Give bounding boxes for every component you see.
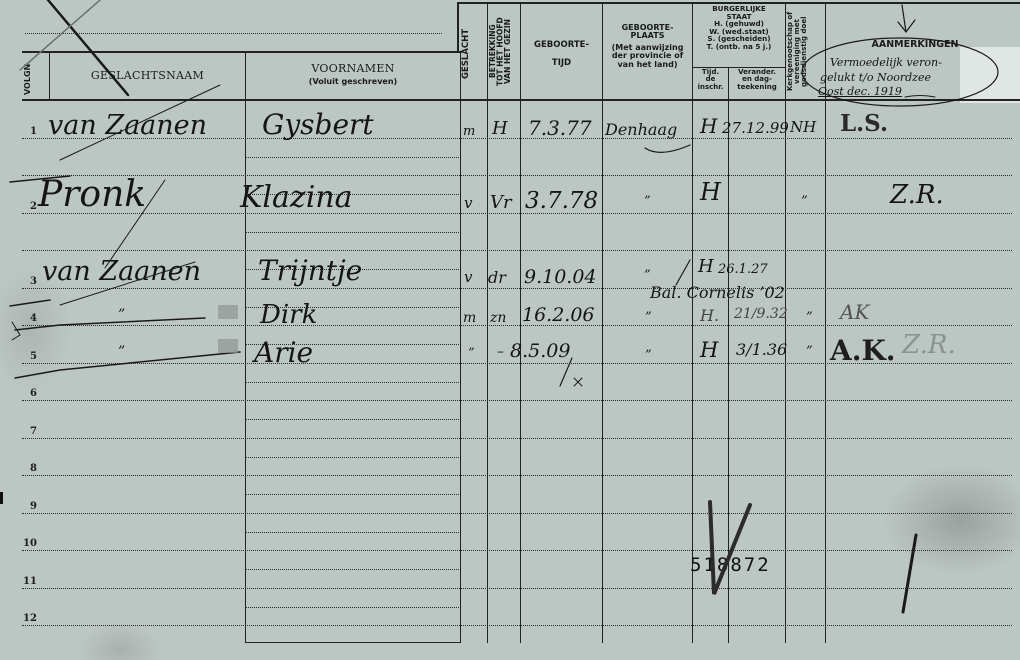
header-aanmerkingen: AANMERKINGEN bbox=[830, 40, 1000, 50]
stamp-ak: A.K. bbox=[830, 334, 896, 367]
denomination: ” bbox=[801, 194, 808, 209]
row-number: 11 bbox=[23, 576, 37, 587]
header-voornamen: VOORNAMEN bbox=[246, 63, 460, 75]
surname-ditto: ” bbox=[118, 307, 125, 323]
remark-line-1: Vermoedelijk veron- bbox=[830, 56, 942, 69]
sex: m bbox=[463, 124, 475, 139]
sex: m bbox=[463, 310, 476, 326]
top-dotted-line bbox=[25, 33, 442, 34]
sex: v bbox=[464, 268, 472, 286]
sex: v bbox=[464, 194, 472, 212]
row-number: 4 bbox=[30, 313, 37, 324]
civil-status: H bbox=[700, 178, 721, 206]
denomination: ” bbox=[806, 310, 813, 325]
col-rule-aanmerkingen bbox=[825, 2, 826, 643]
civil-status: H. bbox=[700, 306, 719, 325]
header-bottom-rule bbox=[22, 99, 1020, 101]
col-rule-betrekking bbox=[487, 2, 488, 643]
header-geslacht: GESLACHT bbox=[462, 10, 484, 98]
given-name: Gysbert bbox=[262, 108, 374, 141]
birth-place: Denhaag bbox=[605, 120, 677, 139]
status-change-date: 3/1.36 bbox=[736, 340, 787, 359]
header-geslachtsnaam: GESLACHTSNAAM bbox=[50, 70, 245, 82]
birth-place: ” bbox=[644, 268, 651, 283]
row-number: 7 bbox=[30, 426, 37, 437]
relation: H bbox=[492, 118, 508, 139]
surname: van Zaanen bbox=[42, 256, 201, 287]
civil-status: H bbox=[698, 256, 714, 277]
row-number: 1 bbox=[30, 126, 37, 137]
birth-place: ” bbox=[644, 194, 651, 209]
given-name: Arie bbox=[254, 336, 313, 369]
relation: – bbox=[497, 344, 504, 360]
birth-date: 16.2.06 bbox=[522, 304, 595, 326]
paper-highlight bbox=[960, 47, 1020, 103]
birth-date: 8.5.09 bbox=[510, 340, 570, 362]
header-top-rule-left bbox=[22, 51, 462, 53]
given-name: Trijntje bbox=[258, 254, 362, 287]
given-name: Klazina bbox=[240, 180, 353, 215]
header-voornamen-sub: (Voluit geschreven) bbox=[246, 78, 460, 86]
row-number: 3 bbox=[30, 276, 37, 287]
row-number: 12 bbox=[23, 613, 37, 624]
stamp-ls: L.S. bbox=[840, 110, 888, 137]
row-number: 6 bbox=[30, 388, 37, 399]
header-burgerlijke-staat: BURGERLIJKE STAAT H. (gehuwd) W. (wed.st… bbox=[693, 5, 785, 50]
row-number: 2 bbox=[30, 201, 37, 212]
status-change-date: 26.1.27 bbox=[718, 262, 768, 277]
birth-date: 3.7.78 bbox=[525, 188, 598, 214]
surname: van Zaanen bbox=[48, 110, 207, 141]
header-bs-verander: Verander.en dag-teekening bbox=[729, 69, 785, 91]
header-geboortetijd: GEBOORTE-TIJD bbox=[521, 37, 602, 73]
status-change-date: 21/9.32 bbox=[734, 306, 788, 322]
birth-date: 7.3.77 bbox=[528, 116, 592, 140]
row-number: 10 bbox=[23, 538, 37, 549]
initials-zr: Z.R. bbox=[890, 180, 944, 210]
birth-place: ” bbox=[645, 348, 652, 363]
birth-place: ” bbox=[645, 310, 652, 325]
relation: zn bbox=[490, 310, 506, 326]
header-step-rule bbox=[457, 2, 459, 52]
row-number: 8 bbox=[30, 463, 37, 474]
sex: ” bbox=[468, 346, 475, 361]
remark-line-3: Oost dec. 1919 bbox=[818, 85, 902, 98]
col-rule-bs-tijd bbox=[692, 2, 693, 643]
relation: Vr bbox=[490, 192, 512, 213]
initials-ak-handwritten: AK bbox=[840, 300, 869, 324]
col-rule-geslacht bbox=[460, 53, 461, 643]
row-number: 9 bbox=[30, 501, 37, 512]
col-rule-geboorteplaats bbox=[602, 2, 603, 643]
birth-date: 9.10.04 bbox=[524, 266, 597, 288]
header-betrekking: BETREKKINGTOT HET HOOFDVAN HET GEZIN bbox=[489, 5, 519, 98]
col-rule-geboortetijd bbox=[520, 2, 521, 643]
denomination: NH bbox=[790, 118, 816, 136]
header-geboorteplaats: GEBOORTE- PLAATS (Met aanwijzing der pro… bbox=[603, 24, 692, 69]
given-name: Dirk bbox=[260, 300, 317, 330]
status-change-date: 27.12.99 bbox=[722, 119, 789, 137]
remark-line-2: gelukt t/o Noordzee bbox=[820, 71, 931, 84]
surname-ditto: ” bbox=[118, 344, 125, 360]
relation: dr bbox=[488, 268, 506, 287]
col-rule-voornamen bbox=[245, 53, 246, 643]
archive-number: 518872 bbox=[690, 554, 771, 576]
registration-card: VOLGN. GESLACHTSNAAM VOORNAMEN (Voluit g… bbox=[0, 0, 1020, 660]
civil-status: H bbox=[700, 338, 718, 362]
row-number: 5 bbox=[30, 351, 37, 362]
surname: Pronk bbox=[38, 174, 146, 215]
spouse-note: Bal. Cornelis ’02 bbox=[650, 283, 785, 302]
civil-status: H bbox=[700, 114, 717, 138]
denomination: ” bbox=[806, 344, 813, 359]
header-bs-tijd: Tijd.deinschr. bbox=[693, 69, 728, 91]
col-rule-kerk bbox=[785, 2, 786, 643]
faint-initials-zr: Z.R. bbox=[902, 330, 956, 360]
header-volgn: VOLGN. bbox=[24, 58, 44, 98]
